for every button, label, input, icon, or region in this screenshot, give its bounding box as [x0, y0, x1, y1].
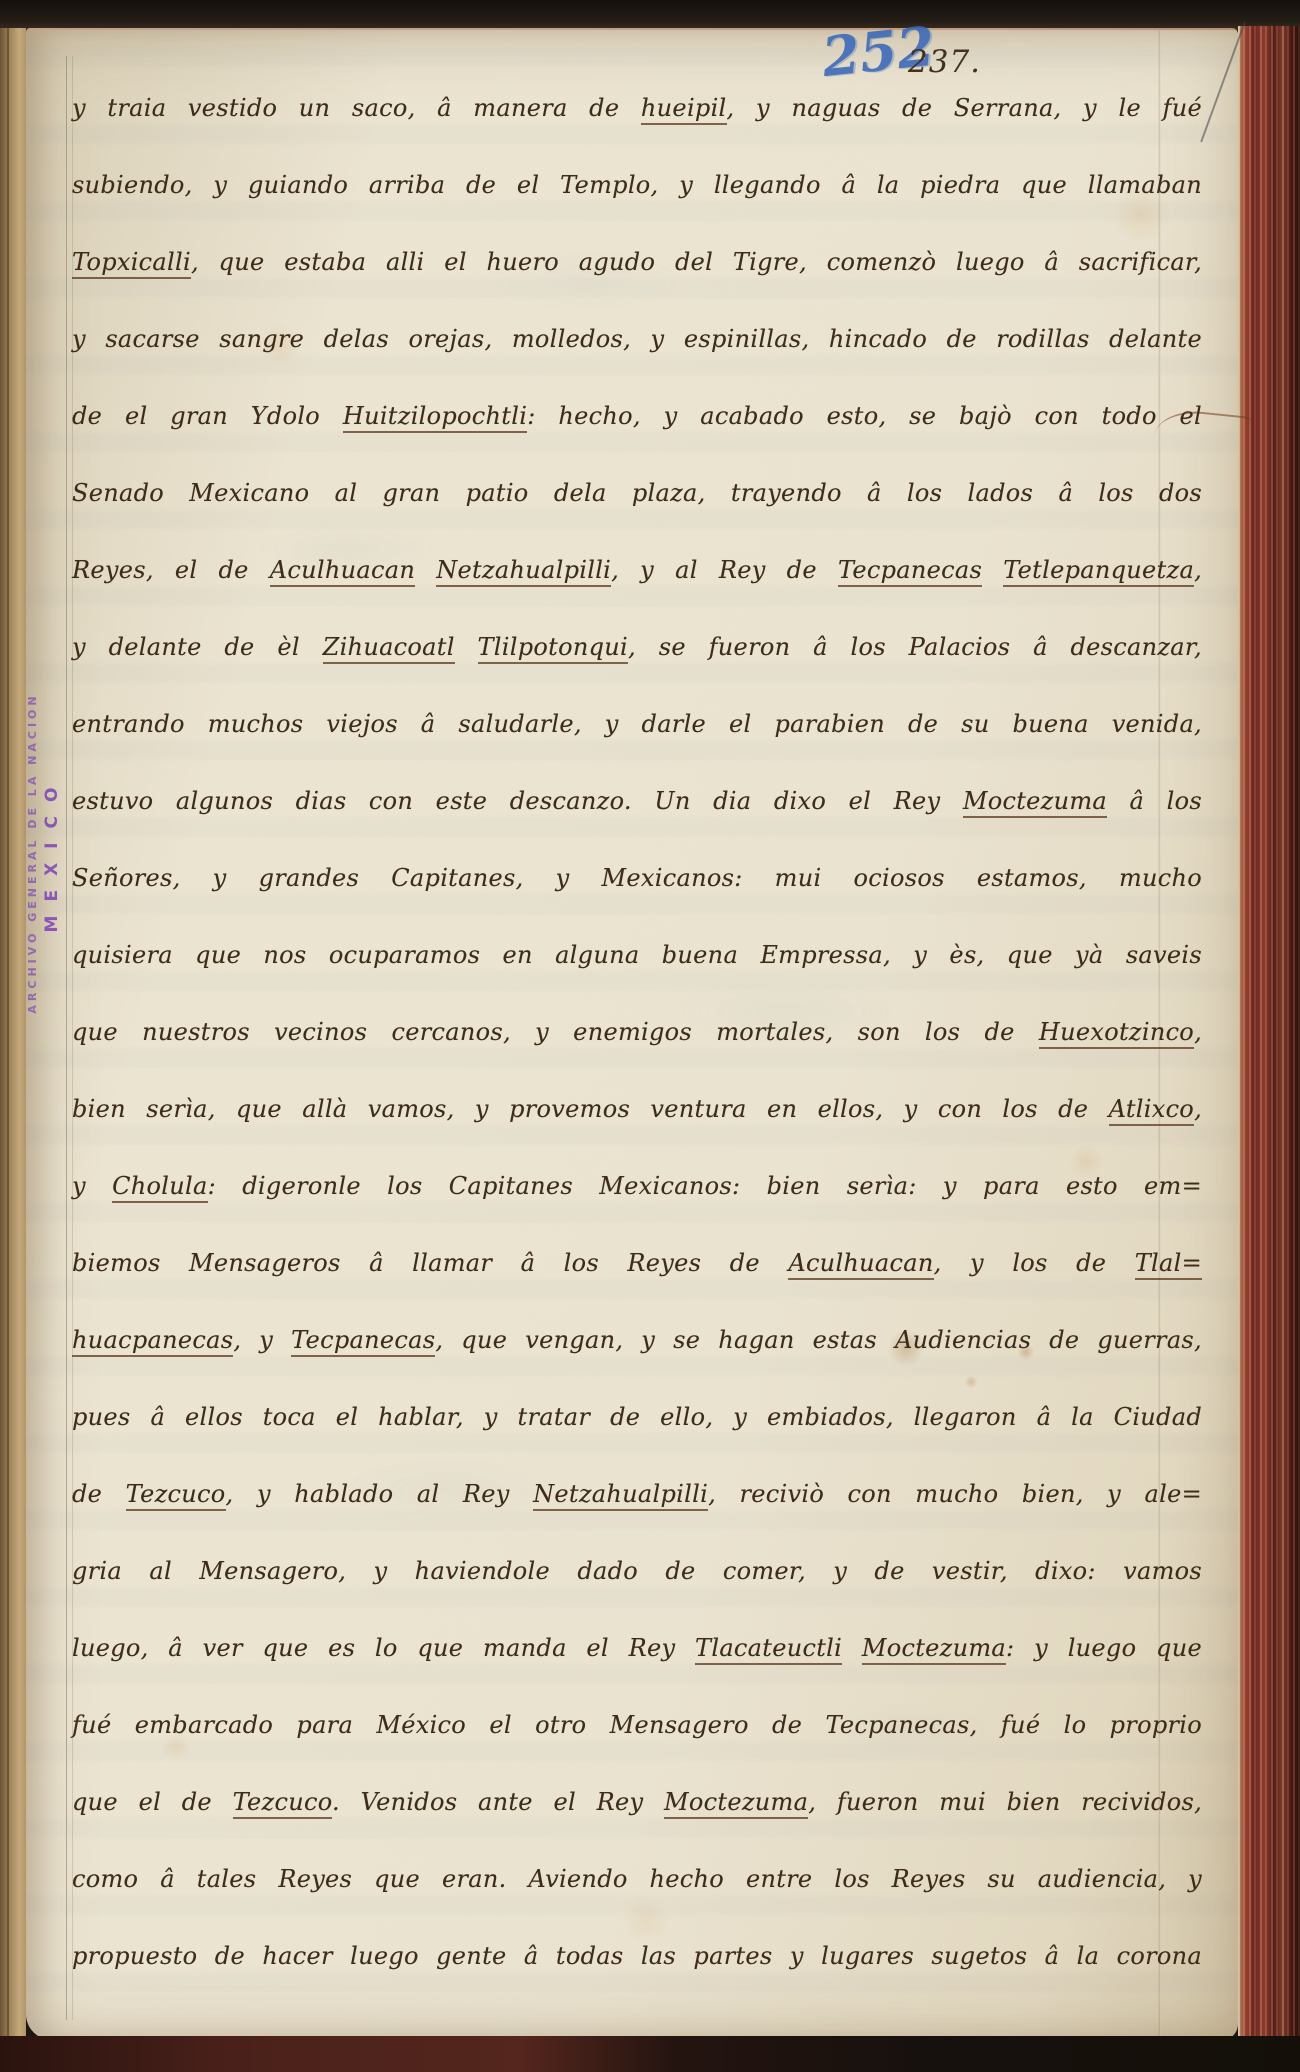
- underlined-proper-name: Tetlepanquetza: [1003, 556, 1194, 587]
- text-run: Señores, y grandes Capitanes, y Mexicano…: [72, 864, 1202, 892]
- underlined-proper-name: Tezcuco: [233, 1788, 332, 1819]
- archive-stamp: ARCHIVO GENERAL DE LA NACION MEXICO: [26, 618, 72, 1088]
- text-run: , que estaba alli el huero agudo del Tig…: [191, 248, 1202, 276]
- text-run: quisiera que nos ocuparamos en alguna bu…: [72, 941, 1202, 969]
- text-run: , y: [233, 1326, 291, 1354]
- manuscript-line: luego, â ver que es lo que manda el Rey …: [72, 1610, 1202, 1687]
- manuscript-line: pues â ellos toca el hablar, y tratar de…: [72, 1379, 1202, 1456]
- manuscript-line: gria al Mensagero, y haviendole dado de …: [72, 1533, 1202, 1610]
- text-run: , y al Rey de: [611, 556, 838, 584]
- manuscript-line: y Cholula: digeronle los Capitanes Mexic…: [72, 1148, 1202, 1225]
- text-run: [982, 556, 1003, 584]
- manuscript-line: propuesto de hacer luego gente â todas l…: [72, 1918, 1202, 1995]
- manuscript-line: que nuestros vecinos cercanos, y enemigo…: [72, 994, 1202, 1071]
- underlined-proper-name: Tlacateuctli: [695, 1634, 842, 1665]
- text-run: , que vengan, y se hagan estas Audiencia…: [435, 1326, 1202, 1354]
- underlined-proper-name: Zihuacoatl: [323, 633, 455, 664]
- manuscript-line: biemos Mensageros â llamar â los Reyes d…: [72, 1225, 1202, 1302]
- text-run: de el gran Ydolo: [72, 402, 343, 430]
- underlined-proper-name: Aculhuacan: [788, 1249, 933, 1280]
- text-run: entrando muchos viejos â saludarle, y da…: [72, 710, 1202, 738]
- underlined-proper-name: Tecpanecas: [838, 556, 982, 587]
- manuscript-line: y traia vestido un saco, â manera de hue…: [72, 70, 1202, 147]
- text-run: , y hablado al Rey: [226, 1480, 534, 1508]
- underlined-proper-name: Tlal=: [1135, 1249, 1202, 1280]
- manuscript-line: bien serìa, que allà vamos, y provemos v…: [72, 1071, 1202, 1148]
- underlined-proper-name: Moctezuma: [963, 787, 1107, 818]
- text-run: pues â ellos toca el hablar, y tratar de…: [72, 1403, 1202, 1431]
- underlined-proper-name: Cholula: [112, 1172, 208, 1203]
- underlined-proper-name: Huitzilopochtli: [343, 402, 527, 433]
- underlined-proper-name: Moctezuma: [862, 1634, 1006, 1665]
- text-run: [415, 556, 436, 584]
- underlined-proper-name: Moctezuma: [664, 1788, 808, 1819]
- text-run: ,: [1194, 1095, 1202, 1123]
- text-run: : y luego que: [1006, 1634, 1202, 1662]
- underlined-proper-name: Topxicalli: [72, 248, 191, 279]
- text-run: , fueron mui bien recividos,: [808, 1788, 1202, 1816]
- text-run: [842, 1634, 862, 1662]
- archive-stamp-institution: ARCHIVO GENERAL DE LA NACION: [26, 618, 39, 1088]
- text-run: ,: [1194, 1018, 1202, 1046]
- text-run: y delante de èl: [72, 633, 323, 661]
- underlined-proper-name: huacpanecas: [72, 1326, 233, 1357]
- text-run: fué embarcado para México el otro Mensag…: [72, 1711, 1202, 1739]
- manuscript-line: quisiera que nos ocuparamos en alguna bu…: [72, 917, 1202, 994]
- manuscript-line: y sacarse sangre delas orejas, molledos,…: [72, 301, 1202, 378]
- manuscript-line: Topxicalli, que estaba alli el huero agu…: [72, 224, 1202, 301]
- manuscript-line: que el de Tezcuco. Venidos ante el Rey M…: [72, 1764, 1202, 1841]
- manuscript-line: Señores, y grandes Capitanes, y Mexicano…: [72, 840, 1202, 917]
- text-run: : digeronle los Capitanes Mexicanos: bie…: [208, 1172, 1202, 1200]
- text-run: , y naguas de Serrana, y le fué: [727, 94, 1202, 122]
- book-page-edges-right: [1238, 26, 1300, 2040]
- underlined-proper-name: Huexotzinco: [1039, 1018, 1194, 1049]
- underlined-proper-name: Netzahualpilli: [533, 1480, 708, 1511]
- book-binding-top: [0, 0, 1300, 30]
- underlined-proper-name: Aculhuacan: [270, 556, 415, 587]
- text-run: [455, 633, 478, 661]
- text-run: como â tales Reyes que eran. Aviendo hec…: [72, 1865, 1202, 1893]
- manuscript-line: como â tales Reyes que eran. Aviendo hec…: [72, 1841, 1202, 1918]
- text-run: biemos Mensageros â llamar â los Reyes d…: [72, 1249, 788, 1277]
- text-run: , y los de: [934, 1249, 1135, 1277]
- book-binding-bottom: [0, 2036, 1300, 2072]
- manuscript-line: fué embarcado para México el otro Mensag…: [72, 1687, 1202, 1764]
- manuscript-line: Senado Mexicano al gran patio dela plaza…: [72, 455, 1202, 532]
- text-run: estuvo algunos dias con este descanzo. U…: [72, 787, 963, 815]
- manuscript-page: 252 237. ARCHIVO GENERAL DE LA NACION ME…: [26, 28, 1238, 2040]
- text-run: y traia vestido un saco, â manera de: [72, 94, 641, 122]
- text-run: que el de: [72, 1788, 233, 1816]
- manuscript-text-block: y traia vestido un saco, â manera de hue…: [72, 70, 1202, 1995]
- text-run: , se fueron â los Palacios â descanzar,: [628, 633, 1202, 661]
- underlined-proper-name: Atlixco: [1109, 1095, 1194, 1126]
- text-run: propuesto de hacer luego gente â todas l…: [72, 1942, 1202, 1970]
- text-run: bien serìa, que allà vamos, y provemos v…: [72, 1095, 1109, 1123]
- text-run: â los: [1107, 787, 1202, 815]
- manuscript-line: Reyes, el de Aculhuacan Netzahualpilli, …: [72, 532, 1202, 609]
- text-run: ,: [1194, 556, 1202, 584]
- manuscript-line: estuvo algunos dias con este descanzo. U…: [72, 763, 1202, 840]
- text-run: Senado Mexicano al gran patio dela plaza…: [72, 479, 1202, 507]
- text-run: Reyes, el de: [72, 556, 270, 584]
- manuscript-line: huacpanecas, y Tecpanecas, que vengan, y…: [72, 1302, 1202, 1379]
- text-run: que nuestros vecinos cercanos, y enemigo…: [72, 1018, 1039, 1046]
- manuscript-line: de el gran Ydolo Huitzilopochtli: hecho,…: [72, 378, 1202, 455]
- text-run: : hecho, y acabado esto, se bajò con tod…: [527, 402, 1202, 430]
- book-spine-left-edge: [0, 28, 26, 2038]
- text-run: , reciviò con mucho bien, y ale=: [708, 1480, 1202, 1508]
- underlined-proper-name: Netzahualpilli: [436, 556, 611, 587]
- manuscript-line: subiendo, y guiando arriba de el Templo,…: [72, 147, 1202, 224]
- text-run: gria al Mensagero, y haviendole dado de …: [72, 1557, 1202, 1585]
- underlined-proper-name: Tlilpotonqui: [478, 633, 629, 664]
- text-run: subiendo, y guiando arriba de el Templo,…: [72, 171, 1202, 199]
- text-run: luego, â ver que es lo que manda el Rey: [72, 1634, 695, 1662]
- manuscript-line: entrando muchos viejos â saludarle, y da…: [72, 686, 1202, 763]
- underlined-proper-name: Tecpanecas: [291, 1326, 435, 1357]
- text-run: y sacarse sangre delas orejas, molledos,…: [72, 325, 1202, 353]
- text-run: de: [72, 1480, 126, 1508]
- underlined-proper-name: hueipil: [641, 94, 727, 125]
- archive-stamp-mexico: MEXICO: [42, 618, 62, 1088]
- underlined-proper-name: Tezcuco: [126, 1480, 226, 1511]
- text-run: y: [72, 1172, 112, 1200]
- manuscript-line: y delante de èl Zihuacoatl Tlilpotonqui,…: [72, 609, 1202, 686]
- text-run: . Venidos ante el Rey: [332, 1788, 664, 1816]
- manuscript-line: de Tezcuco, y hablado al Rey Netzahualpi…: [72, 1456, 1202, 1533]
